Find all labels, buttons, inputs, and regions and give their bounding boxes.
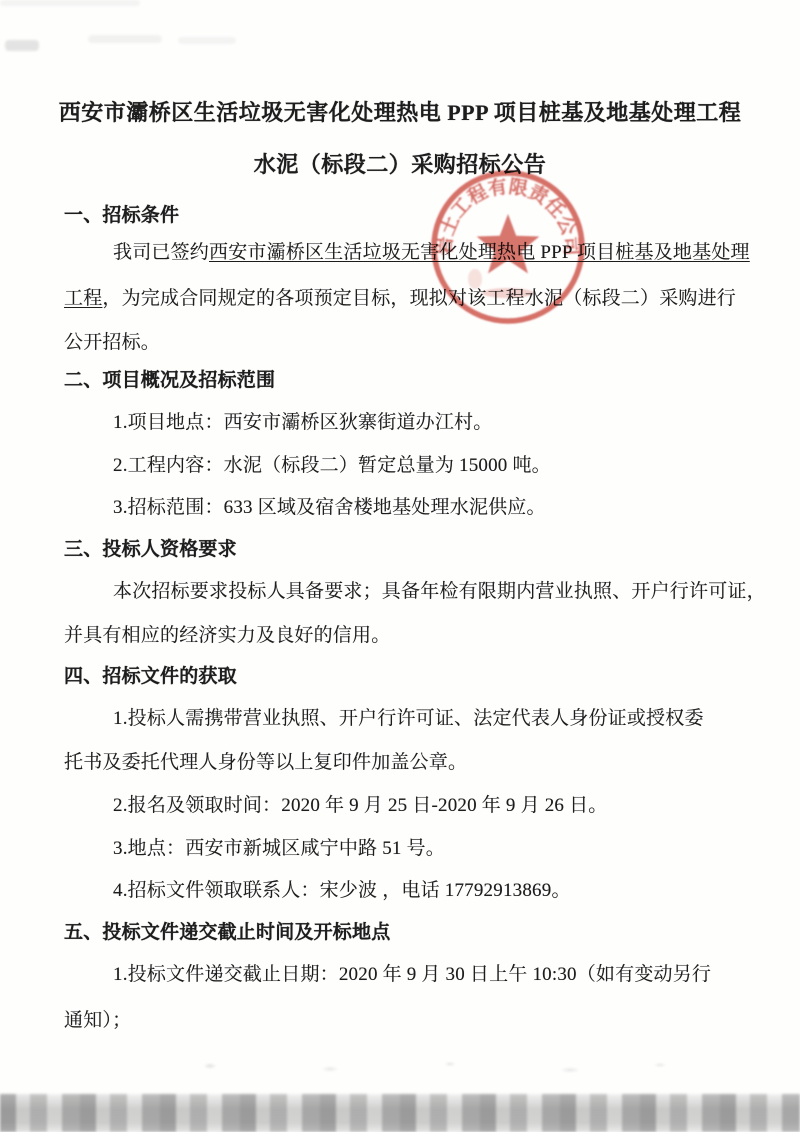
- section3-line1: 本次招标要求投标人具备要求；具备年检有限期内营业执照、开户行许可证，: [113, 576, 766, 603]
- section4-line5: 4.招标文件领取联系人：宋少波 ，电话 17792913869。: [113, 875, 571, 902]
- section4-line4: 3.地点：西安市新城区咸宁中路 51 号。: [113, 833, 445, 860]
- scanned-document-page: 西安市灞桥区生活垃圾无害化处理热电 PPP 项目桩基及地基处理工程 水泥（标段二…: [0, 0, 800, 1132]
- seal-ink-smudge: [468, 269, 482, 289]
- section1-lead-text: 我司已签约: [113, 242, 209, 263]
- scan-smudge: [5, 40, 39, 51]
- red-company-seal: 岩土工程有限责任公司: [428, 166, 588, 328]
- section2-heading: 二、项目概况及招标范围: [64, 365, 275, 392]
- section5-line2: 通知）；: [64, 1005, 131, 1032]
- seal-star-icon: [477, 214, 540, 274]
- scan-smudge: [88, 35, 162, 43]
- section4-line3: 2.报名及领取时间：2020 年 9 月 25 日-2020 年 9 月 26 …: [113, 790, 607, 817]
- section3-heading: 三、投标人资格要求: [64, 534, 237, 561]
- section5-line1: 1.投标文件递交截止日期：2020 年 9 月 30 日上午 10:30（如有变…: [113, 959, 711, 986]
- section1-paragraph-line3: 公开招标。: [64, 327, 160, 354]
- section4-line2: 托书及委托代理人身份等以上复印件加盖公章。: [64, 747, 467, 774]
- scanner-edge-band: [0, 1094, 800, 1132]
- scan-smudge: [178, 37, 236, 44]
- section4-heading: 四、招标文件的获取: [64, 661, 237, 688]
- section2-item-1: 1.项目地点：西安市灞桥区狄寨街道办江村。: [113, 407, 492, 434]
- section1-rest-text: ，为完成合同规定的各项预定目标，现拟对该工程水泥（标段二）采购进行: [102, 288, 736, 309]
- project-name-underlined-cont: 工程: [64, 288, 102, 309]
- doc-title-line2: 水泥（标段二）采购招标公告: [0, 148, 800, 179]
- scan-speckle-strip: [150, 1058, 710, 1076]
- section4-line1: 1.投标人需携带营业执照、开户行许可证、法定代表人身份证或授权委: [113, 703, 704, 730]
- doc-title-line1: 西安市灞桥区生活垃圾无害化处理热电 PPP 项目桩基及地基处理工程: [0, 96, 800, 127]
- section3-line2: 并具有相应的经济实力及良好的信用。: [64, 620, 390, 647]
- section1-heading: 一、招标条件: [64, 200, 179, 227]
- section2-item-3: 3.招标范围：633 区域及宿舍楼地基处理水泥供应。: [113, 492, 546, 519]
- scan-smudge: [0, 0, 140, 6]
- section5-heading: 五、投标文件递交截止时间及开标地点: [64, 917, 390, 944]
- section2-item-2: 2.工程内容：水泥（标段二）暂定总量为 15000 吨。: [113, 450, 551, 477]
- seal-code-smudge: [482, 288, 534, 298]
- section1-paragraph-line2: 工程，为完成合同规定的各项预定目标，现拟对该工程水泥（标段二）采购进行: [64, 283, 736, 310]
